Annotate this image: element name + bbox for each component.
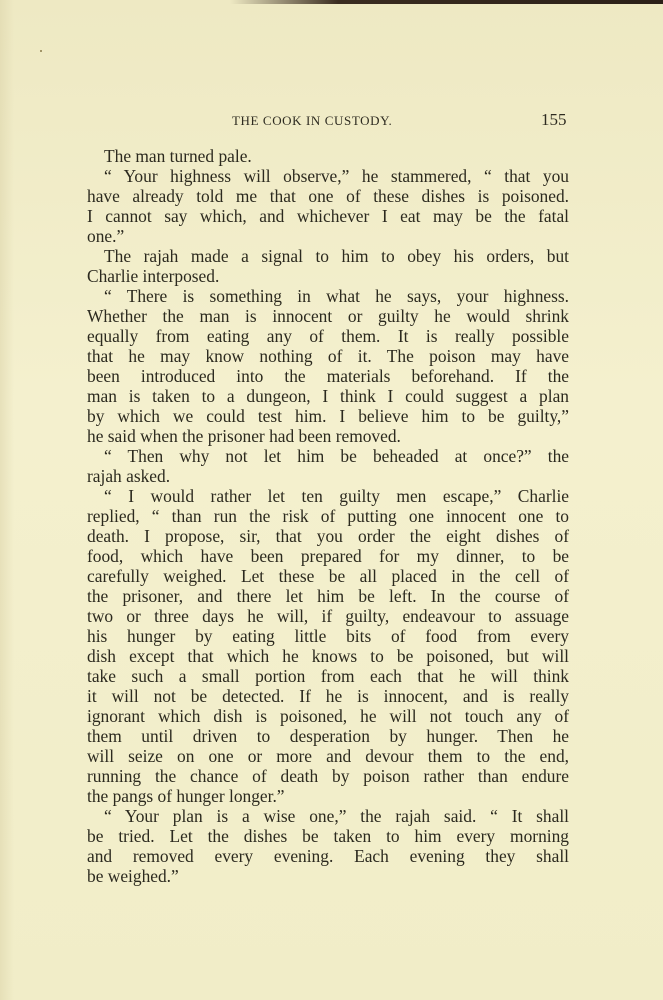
- running-head-title: THE COOK IN CUSTODY.: [232, 113, 392, 129]
- text-line: been introduced into the materials befor…: [87, 366, 569, 386]
- text-line: by which we could test him. I believe hi…: [87, 406, 569, 426]
- text-line: death. I propose, sir, that you order th…: [87, 526, 569, 546]
- book-page: THE COOK IN CUSTODY. 155 The man turned …: [0, 0, 663, 1000]
- text-line: replied, “ than run the risk of putting …: [87, 506, 569, 526]
- text-line: Whether the man is innocent or guilty he…: [87, 306, 569, 326]
- text-line: “ Your plan is a wise one,” the rajah sa…: [87, 806, 569, 826]
- text-line: running the chance of death by poison ra…: [87, 766, 569, 786]
- text-line: equally from eating any of them. It is r…: [87, 326, 569, 346]
- text-line: dish except that which he knows to be po…: [87, 646, 569, 666]
- text-line: The man turned pale.: [87, 146, 569, 166]
- text-line: and removed every evening. Each evening …: [87, 846, 569, 866]
- text-line: two or three days he will, if guilty, en…: [87, 606, 569, 626]
- text-line: rajah asked.: [87, 466, 569, 486]
- text-line: the pangs of hunger longer.”: [87, 786, 569, 806]
- text-line: be weighed.”: [87, 866, 569, 886]
- text-line: “ Then why not let him be beheaded at on…: [87, 446, 569, 466]
- text-line: have already told me that one of these d…: [87, 186, 569, 206]
- text-line: the prisoner, and there let him be left.…: [87, 586, 569, 606]
- text-line: carefully weighed. Let these be all plac…: [87, 566, 569, 586]
- text-line: “ Your highness will observe,” he stamme…: [87, 166, 569, 186]
- text-line: that he may know nothing of it. The pois…: [87, 346, 569, 366]
- text-line: Charlie interposed.: [87, 266, 569, 286]
- text-line: I cannot say which, and whichever I eat …: [87, 206, 569, 226]
- text-line: food, which have been prepared for my di…: [87, 546, 569, 566]
- running-header: THE COOK IN CUSTODY. 155: [0, 110, 663, 130]
- text-line: one.”: [87, 226, 569, 246]
- paper-speck: [40, 50, 42, 52]
- text-line: The rajah made a signal to him to obey h…: [87, 246, 569, 266]
- text-line: “ I would rather let ten guilty men esca…: [87, 486, 569, 506]
- text-line: them until driven to desperation by hung…: [87, 726, 569, 746]
- text-line: be tried. Let the dishes be taken to him…: [87, 826, 569, 846]
- body-text: The man turned pale.“ Your highness will…: [87, 146, 569, 886]
- text-line: will seize on one or more and devour the…: [87, 746, 569, 766]
- text-line: take such a small portion from each that…: [87, 666, 569, 686]
- text-line: his hunger by eating little bits of food…: [87, 626, 569, 646]
- text-line: he said when the prisoner had been remov…: [87, 426, 569, 446]
- page-number: 155: [541, 110, 567, 130]
- text-line: “ There is something in what he says, yo…: [87, 286, 569, 306]
- text-line: ignorant which dish is poisoned, he will…: [87, 706, 569, 726]
- page-top-edge-shadow: [230, 0, 663, 4]
- text-line: man is taken to a dungeon, I think I cou…: [87, 386, 569, 406]
- text-line: it will not be detected. If he is innoce…: [87, 686, 569, 706]
